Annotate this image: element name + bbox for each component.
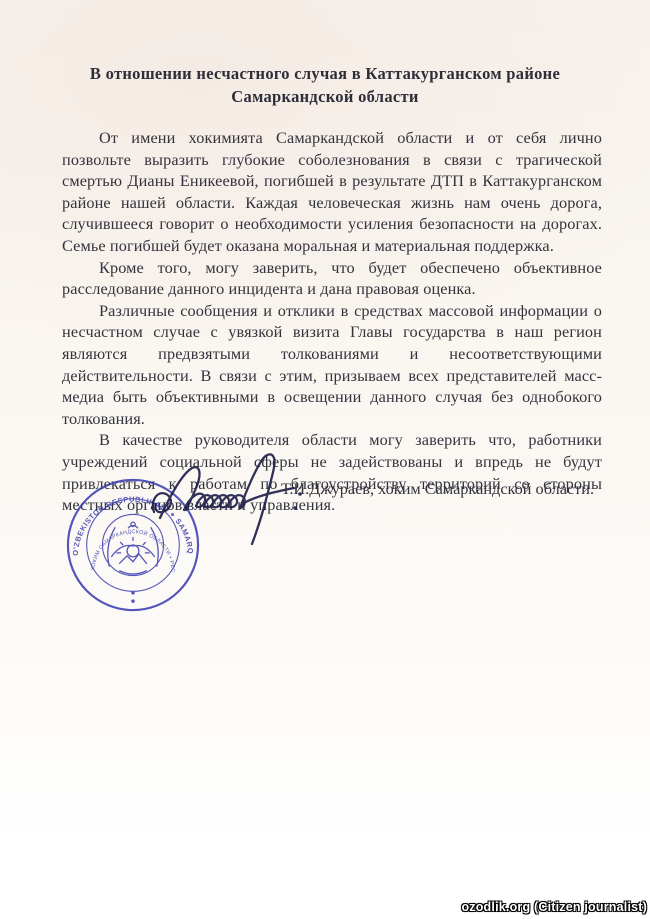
document-title: В отношении несчастного случая в Каттаку…	[40, 63, 610, 108]
document-title-line1: В отношении несчастного случая в Каттаку…	[40, 63, 610, 86]
scanned-letter-page: В отношении несчастного случая в Каттаку…	[0, 0, 650, 919]
signature-scribble-icon	[148, 448, 313, 553]
paragraph-condolences: От имени хокимията Самаркандской области…	[62, 127, 602, 257]
document-title-line2: Самаркандской области	[40, 86, 610, 109]
signature-caption: Т.И.Джураев, хоким Самаркандской области…	[281, 479, 594, 499]
paragraph-investigation: Кроме того, могу заверить, что будет обе…	[62, 257, 602, 300]
paragraph-media: Различные сообщения и отклики в средства…	[62, 300, 602, 430]
letter-body: От имени хокимията Самаркандской области…	[62, 127, 602, 516]
watermark-credit: ozodlik.org (Citizen journalist)	[461, 900, 647, 914]
